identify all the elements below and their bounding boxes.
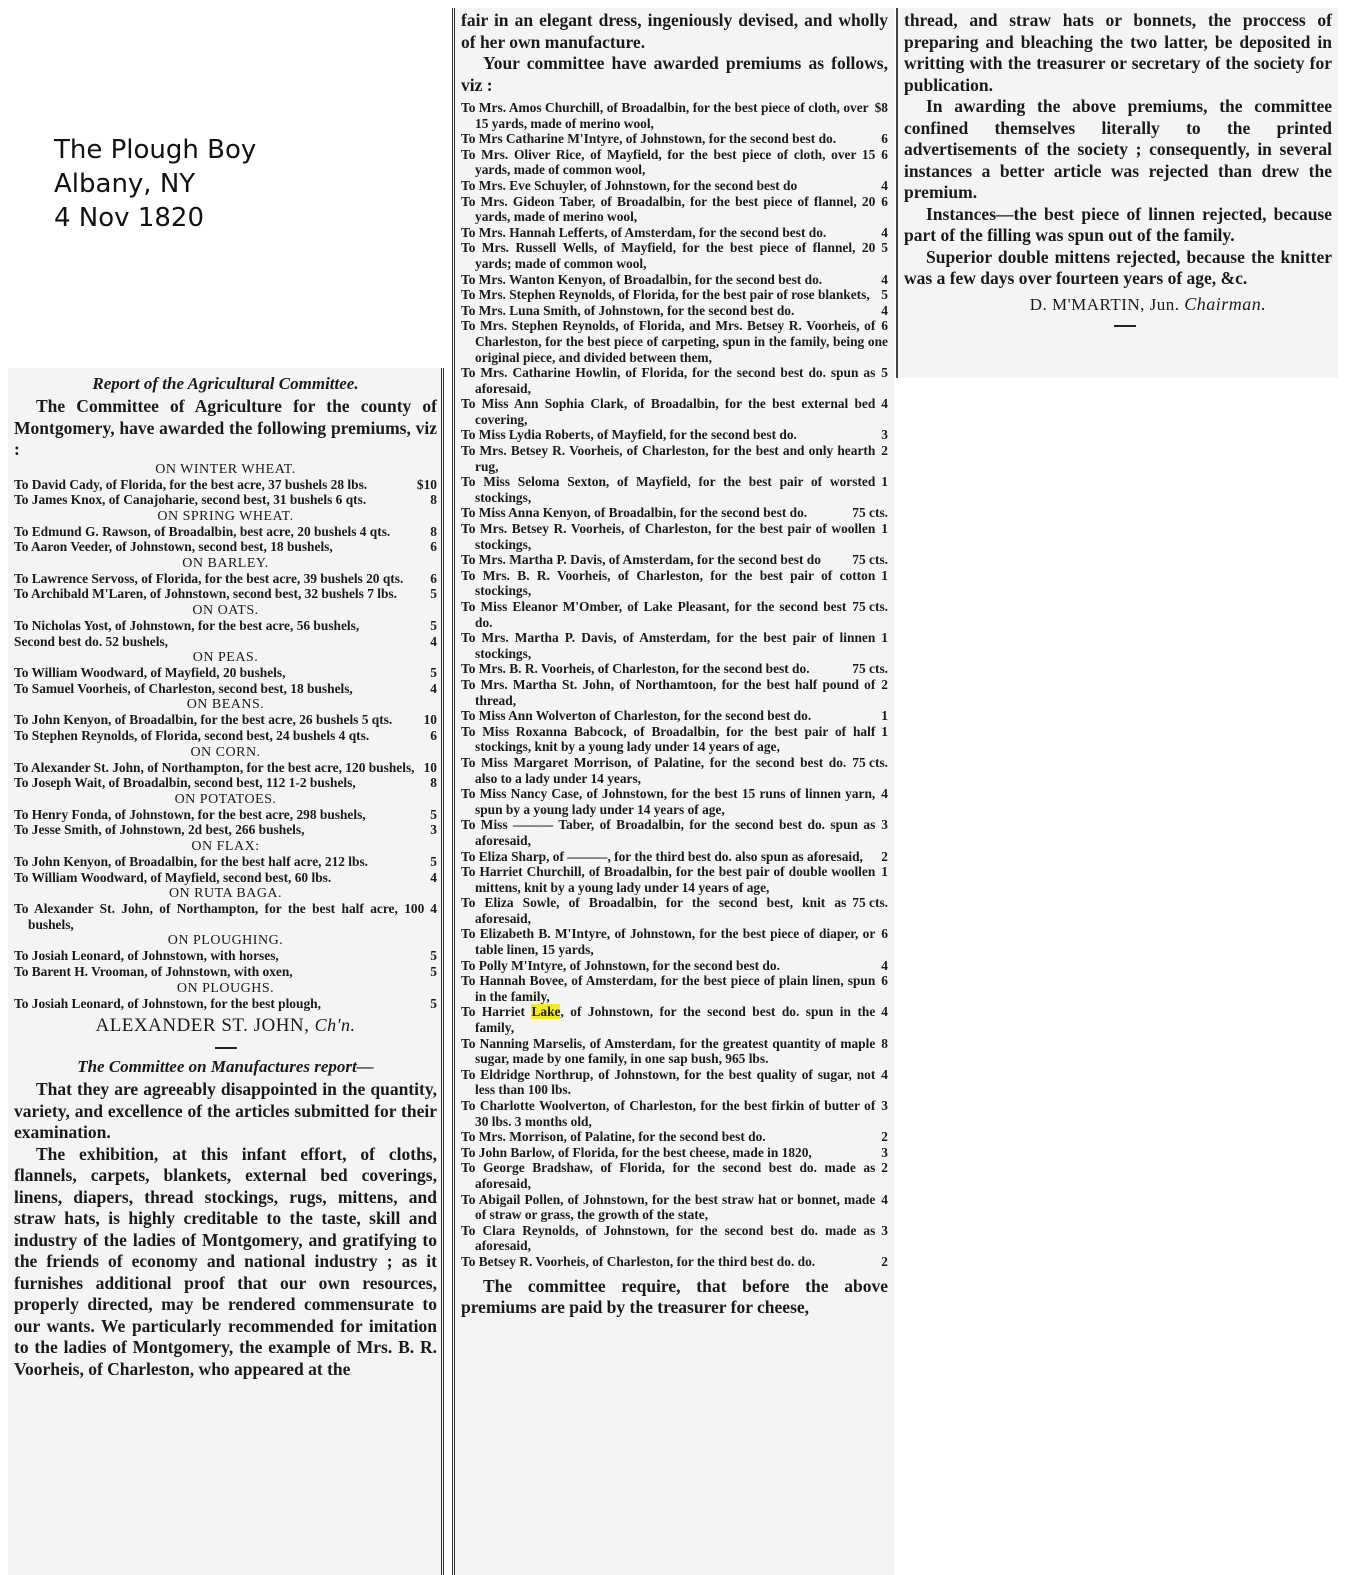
agricultural-heading: Report of the Agricultural Committee. (14, 374, 437, 394)
premium-amount: 5 (424, 807, 437, 823)
premium-amount: 2 (875, 1160, 888, 1176)
premium-amount: 3 (875, 1145, 888, 1161)
premium-entry: 6To Mrs. Gideon Taber, of Broadalbin, fo… (461, 194, 888, 225)
crop-section-title: ON BEANS. (14, 697, 437, 712)
premium-text: To John Kenyon, of Broadalbin, for the b… (14, 712, 392, 727)
premium-entry: 75 cts.To Mrs. Martha P. Davis, of Amste… (461, 552, 888, 568)
premium-entry: 5To Nicholas Yost, of Johnstown, for the… (14, 618, 437, 634)
premium-text: To Miss Nancy Case, of Johnstown, for th… (461, 786, 875, 817)
caption-place: Albany, NY (54, 167, 256, 201)
premium-text: To Mrs. Eve Schuyler, of Johnstown, for … (461, 178, 797, 193)
premium-text: To Mrs. Oliver Rice, of Mayfield, for th… (461, 147, 875, 178)
premium-amount: 4 (424, 870, 437, 886)
premium-amount: 2 (875, 849, 888, 865)
premium-amount: 75 cts. (846, 661, 888, 677)
premium-amount: 1 (875, 864, 888, 880)
premium-entry: 3To Clara Reynolds, of Johnstown, for th… (461, 1223, 888, 1254)
premium-text: To Miss Seloma Sexton, of Mayfield, for … (461, 474, 875, 505)
crop-section-title: ON SPRING WHEAT. (14, 509, 437, 524)
premium-text: To Mrs. B. R. Voorheis, of Charleston, f… (461, 568, 875, 599)
premium-entry: 6To Elizabeth B. M'Intyre, of Johnstown,… (461, 926, 888, 957)
premium-amount: 2 (875, 443, 888, 459)
premium-entry: 8To Joseph Wait, of Broadalbin, second b… (14, 775, 437, 791)
manufactures-para-4-continued: thread, and straw hats or bonnets, the p… (904, 10, 1332, 96)
premium-text: To Eliza Sharp, of ———, for the third be… (461, 849, 863, 864)
premium-text: To Mrs. Martha P. Davis, of Amsterdam, f… (461, 552, 821, 567)
premium-text: To Nicholas Yost, of Johnstown, for the … (14, 618, 359, 633)
premium-entry: 10To Alexander St. John, of Northampton,… (14, 760, 437, 776)
premium-amount: $8 (869, 100, 888, 116)
premium-text: To Mrs. Betsey R. Voorheis, of Charlesto… (461, 443, 875, 474)
manufactures-para-2-continued: fair in an elegant dress, ingeniously de… (461, 10, 888, 53)
premium-text: To Archibald M'Laren, of Johnstown, seco… (14, 586, 397, 601)
premium-entry: 10To John Kenyon, of Broadalbin, for the… (14, 712, 437, 728)
premium-text: To Josiah Leonard, of Johnstown, for the… (14, 996, 321, 1011)
premium-amount: 10 (418, 760, 437, 776)
premium-amount: 4 (875, 225, 888, 241)
source-caption: The Plough Boy Albany, NY 4 Nov 1820 (54, 133, 256, 235)
premium-text: To Joseph Wait, of Broadalbin, second be… (14, 775, 356, 790)
premium-amount: 3 (875, 817, 888, 833)
premium-entry: 6To Mrs. Oliver Rice, of Mayfield, for t… (461, 147, 888, 178)
premium-text: To Clara Reynolds, of Johnstown, for the… (461, 1223, 875, 1254)
premium-text: To Miss Margaret Morrison, of Palatine, … (461, 755, 846, 786)
premium-entry: 75 cts.To Eliza Sowle, of Broadalbin, fo… (461, 895, 888, 926)
premium-amount: 5 (424, 618, 437, 634)
crop-section-title: ON CORN. (14, 745, 437, 760)
column-left: Report of the Agricultural Committee. Th… (8, 368, 444, 1575)
premium-entry: 1To Harriet Churchill, of Broadalbin, fo… (461, 864, 888, 895)
premium-amount: 6 (875, 973, 888, 989)
premium-amount: 6 (875, 318, 888, 334)
premium-entry: 4To Mrs. Luna Smith, of Johnstown, for t… (461, 303, 888, 319)
premium-text: To Mrs. B. R. Voorheis, of Charleston, f… (461, 661, 810, 676)
premium-amount: 4 (875, 1004, 888, 1020)
premium-amount: 1 (875, 708, 888, 724)
premium-amount: 2 (875, 1129, 888, 1145)
premium-amount: 75 cts. (846, 895, 888, 911)
premium-entry: 2To Betsey R. Voorheis, of Charleston, f… (461, 1254, 888, 1270)
premium-amount: 4 (424, 681, 437, 697)
premium-amount: 5 (424, 665, 437, 681)
premium-text: To Barent H. Vrooman, of Johnstown, with… (14, 964, 293, 979)
premium-text: To Mrs. Martha P. Davis, of Amsterdam, f… (461, 630, 875, 661)
premium-amount: 1 (875, 521, 888, 537)
premium-text: To William Woodward, of Mayfield, 20 bus… (14, 665, 285, 680)
premium-text: To Miss Anna Kenyon, of Broadalbin, for … (461, 505, 807, 520)
premium-entry: 5To Henry Fonda, of Johnstown, for the b… (14, 807, 437, 823)
premium-amount: 4 (875, 272, 888, 288)
premium-amount: 4 (875, 1192, 888, 1208)
premium-text: To Eldridge Northrup, of Johnstown, for … (461, 1067, 875, 1098)
premium-amount: 5 (424, 948, 437, 964)
premium-entry: 6To Lawrence Servoss, of Florida, for th… (14, 571, 437, 587)
premium-text: To Polly M'Intyre, of Johnstown, for the… (461, 958, 780, 973)
premium-text: To David Cady, of Florida, for the best … (14, 477, 367, 492)
premium-amount: 6 (875, 926, 888, 942)
crop-section-title: ON OATS. (14, 603, 437, 618)
premium-entry: 5To Josiah Leonard, of Johnstown, with h… (14, 948, 437, 964)
premium-entry: 4To Miss Nancy Case, of Johnstown, for t… (461, 786, 888, 817)
premium-text: To Stephen Reynolds, of Florida, second … (14, 728, 369, 743)
premium-entry: 5To William Woodward, of Mayfield, 20 bu… (14, 665, 437, 681)
premium-amount: 3 (875, 1223, 888, 1239)
premium-amount: 5 (875, 365, 888, 381)
premium-text: To Mrs. Amos Churchill, of Broadalbin, f… (461, 100, 869, 131)
premium-entry: 2To Eliza Sharp, of ———, for the third b… (461, 849, 888, 865)
premium-amount: 6 (424, 539, 437, 555)
premium-entry: 75 cts.To Mrs. B. R. Voorheis, of Charle… (461, 661, 888, 677)
premium-text: To Miss Lydia Roberts, of Mayfield, for … (461, 427, 797, 442)
manufactures-para-1: That they are agreeably disappointed in … (14, 1079, 437, 1144)
premium-entry: 3To Jesse Smith, of Johnstown, 2d best, … (14, 822, 437, 838)
premium-entry: 4To William Woodward, of Mayfield, secon… (14, 870, 437, 886)
premium-text: To Mrs. Catharine Howlin, of Florida, fo… (461, 365, 875, 396)
crop-section-title: ON PLOUGHS. (14, 981, 437, 996)
premium-amount: 4 (424, 901, 437, 917)
premium-text: Second best do. 52 bushels, (14, 634, 168, 649)
premium-entry: 8To James Knox, of Canajoharie, second b… (14, 492, 437, 508)
crop-section-title: ON FLAX: (14, 839, 437, 854)
signature-title: Chairman. (1184, 294, 1266, 314)
premium-amount: 6 (875, 194, 888, 210)
divider-rule (215, 1047, 237, 1049)
premium-amount: 5 (424, 996, 437, 1012)
premium-text: To Alexander St. John, of Northampton, f… (14, 901, 424, 932)
manufactures-para-6: Instances—the best piece of linnen rejec… (904, 204, 1332, 247)
premium-entry: $8To Mrs. Amos Churchill, of Broadalbin,… (461, 100, 888, 131)
premium-entry: 4To Mrs. Hannah Lefferts, of Amsterdam, … (461, 225, 888, 241)
premium-text: To Eliza Sowle, of Broadalbin, for the s… (461, 895, 846, 926)
manufactures-heading: The Committee on Manufactures report— (14, 1057, 437, 1077)
premium-entry: 5To John Kenyon, of Broadalbin, for the … (14, 854, 437, 870)
premium-entry: 1To Mrs. Betsey R. Voorheis, of Charlest… (461, 521, 888, 552)
premium-amount: 5 (424, 964, 437, 980)
premium-amount: 8 (424, 524, 437, 540)
premium-amount: 8 (424, 775, 437, 791)
premium-text: To Mrs. Stephen Reynolds, of Florida, fo… (461, 287, 870, 302)
premium-entry: 4To Miss Ann Sophia Clark, of Broadalbin… (461, 396, 888, 427)
premium-entry: 75 cts.To Miss Margaret Morrison, of Pal… (461, 755, 888, 786)
premium-entry: 1To Mrs. Martha P. Davis, of Amsterdam, … (461, 630, 888, 661)
premium-entry: 1To Miss Roxanna Babcock, of Broadalbin,… (461, 724, 888, 755)
premium-text: To Jesse Smith, of Johnstown, 2d best, 2… (14, 822, 304, 837)
premium-entry: 1To Miss Ann Wolverton of Charleston, fo… (461, 708, 888, 724)
premium-entry: 2To George Bradshaw, of Florida, for the… (461, 1160, 888, 1191)
premium-amount: 1 (875, 474, 888, 490)
manufactures-para-5: In awarding the above premiums, the comm… (904, 96, 1332, 204)
premium-text: To Elizabeth B. M'Intyre, of Johnstown, … (461, 926, 875, 957)
premium-amount: 5 (424, 854, 437, 870)
premium-entry: 75 cts.To Miss Anna Kenyon, of Broadalbi… (461, 505, 888, 521)
premium-text: To Mrs Catharine M'Intyre, of Johnstown,… (461, 131, 836, 146)
premium-entry: 4To Eldridge Northrup, of Johnstown, for… (461, 1067, 888, 1098)
premium-amount: 5 (424, 586, 437, 602)
premium-amount: 4 (875, 958, 888, 974)
crop-section-title: ON BARLEY. (14, 556, 437, 571)
signature-name: ALEXANDER ST. JOHN, (95, 1015, 309, 1036)
premium-amount: 1 (875, 568, 888, 584)
premium-entry: 3To John Barlow, of Florida, for the bes… (461, 1145, 888, 1161)
premium-text: To Lawrence Servoss, of Florida, for the… (14, 571, 403, 586)
premium-text: To William Woodward, of Mayfield, second… (14, 870, 331, 885)
premium-amount: 6 (875, 147, 888, 163)
agricultural-intro: The Committee of Agriculture for the cou… (14, 396, 437, 461)
premium-amount: 1 (875, 724, 888, 740)
premium-entry: 3To Charlotte Woolverton, of Charleston,… (461, 1098, 888, 1129)
premium-entry: 75 cts.To Miss Eleanor M'Omber, of Lake … (461, 599, 888, 630)
column-right: thread, and straw hats or bonnets, the p… (896, 8, 1338, 378)
premium-text: To Henry Fonda, of Johnstown, for the be… (14, 807, 366, 822)
premium-text: To Nanning Marselis, of Amsterdam, for t… (461, 1036, 875, 1067)
premium-amount: 4 (875, 303, 888, 319)
premium-entry: 4To Abigail Pollen, of Johnstown, for th… (461, 1192, 888, 1223)
premium-entry: 5To Archibald M'Laren, of Johnstown, sec… (14, 586, 437, 602)
premium-entry: 4Second best do. 52 bushels, (14, 634, 437, 650)
premium-amount: 8 (875, 1036, 888, 1052)
premium-amount: 5 (875, 240, 888, 256)
premium-text: To John Barlow, of Florida, for the best… (461, 1145, 812, 1160)
premium-text: To Mrs. Wanton Kenyon, of Broadalbin, fo… (461, 272, 822, 287)
crop-section-title: ON RUTA BAGA. (14, 886, 437, 901)
premium-entry: 5To Mrs. Stephen Reynolds, of Florida, f… (461, 287, 888, 303)
premium-text: To Edmund G. Rawson, of Broadalbin, best… (14, 524, 390, 539)
premium-amount: 75 cts. (846, 552, 888, 568)
manufactures-para-7: Superior double mittens rejected, becaus… (904, 247, 1332, 290)
premium-text: To Miss Eleanor M'Omber, of Lake Pleasan… (461, 599, 846, 630)
premium-text: To James Knox, of Canajoharie, second be… (14, 492, 366, 507)
premium-entry: 6To Stephen Reynolds, of Florida, second… (14, 728, 437, 744)
premium-text: To Josiah Leonard, of Johnstown, with ho… (14, 948, 279, 963)
agricultural-signature: ALEXANDER ST. JOHN, Ch'n. (14, 1015, 437, 1037)
premium-amount: 3 (424, 822, 437, 838)
crop-section-title: ON PLOUGHING. (14, 933, 437, 948)
premium-text: To Mrs. Betsey R. Voorheis, of Charlesto… (461, 521, 875, 552)
premium-text: To Miss Roxanna Babcock, of Broadalbin, … (461, 724, 875, 755)
premium-amount: 75 cts. (846, 505, 888, 521)
premium-text: To Aaron Veeder, of Johnstown, second be… (14, 539, 333, 554)
premium-amount: 75 cts. (846, 755, 888, 771)
premium-text: To Alexander St. John, of Northampton, f… (14, 760, 415, 775)
premium-text: To Samuel Voorheis, of Charleston, secon… (14, 681, 353, 696)
search-highlight: Lake (531, 1004, 560, 1019)
caption-date: 4 Nov 1820 (54, 201, 256, 235)
column-middle: fair in an elegant dress, ingeniously de… (452, 8, 894, 1575)
premium-entry: 5To Mrs. Russell Wells, of Mayfield, for… (461, 240, 888, 271)
manufactures-para-4: The committee require, that before the a… (461, 1276, 888, 1319)
premium-entry: 3To Miss ——— Taber, of Broadalbin, for t… (461, 817, 888, 848)
agricultural-premium-list: ON WINTER WHEAT.$10To David Cady, of Flo… (14, 462, 437, 1012)
premium-entry: 3To Miss Lydia Roberts, of Mayfield, for… (461, 427, 888, 443)
premium-amount: 1 (875, 630, 888, 646)
manufactures-para-3: Your committee have awarded premiums as … (461, 53, 888, 96)
premium-amount: 4 (424, 634, 437, 650)
premium-entry: 6To Mrs Catharine M'Intyre, of Johnstown… (461, 131, 888, 147)
premium-amount: 3 (875, 1098, 888, 1114)
premium-entry: 4To Alexander St. John, of Northampton, … (14, 901, 437, 932)
premium-text: To George Bradshaw, of Florida, for the … (461, 1160, 875, 1191)
premium-text: To Mrs. Russell Wells, of Mayfield, for … (461, 240, 875, 271)
premium-entry-highlighted: 4 To Harriet Lake, of Johnstown, for the… (461, 1004, 888, 1035)
premium-amount: 5 (875, 287, 888, 303)
premium-text: To Miss Ann Wolverton of Charleston, for… (461, 708, 811, 723)
manufactures-para-2: The exhibition, at this infant effort, o… (14, 1144, 437, 1381)
premium-text: To Miss Ann Sophia Clark, of Broadalbin,… (461, 396, 875, 427)
premium-text: To John Kenyon, of Broadalbin, for the b… (14, 854, 368, 869)
premium-amount: 4 (875, 1067, 888, 1083)
premium-entry: 2To Mrs. Betsey R. Voorheis, of Charlest… (461, 443, 888, 474)
premium-text: To Mrs. Stephen Reynolds, of Florida, an… (461, 318, 888, 364)
premium-entry: 4To Polly M'Intyre, of Johnstown, for th… (461, 958, 888, 974)
premium-entry: 5To Mrs. Catharine Howlin, of Florida, f… (461, 365, 888, 396)
crop-section-title: ON PEAS. (14, 650, 437, 665)
premium-entry: 6To Hannah Bovee, of Amsterdam, for the … (461, 973, 888, 1004)
premium-text: To Mrs. Martha St. John, of Northamtoon,… (461, 677, 875, 708)
manufactures-premium-list-continued: 8To Nanning Marselis, of Amsterdam, for … (461, 1036, 888, 1270)
divider-rule (1114, 325, 1136, 327)
premium-amount: 2 (875, 677, 888, 693)
premium-entry: 6To Mrs. Stephen Reynolds, of Florida, a… (461, 318, 888, 365)
premium-entry: $10To David Cady, of Florida, for the be… (14, 477, 437, 493)
premium-entry: 2To Mrs. Martha St. John, of Northamtoon… (461, 677, 888, 708)
premium-entry: 8To Edmund G. Rawson, of Broadalbin, bes… (14, 524, 437, 540)
premium-amount: 6 (424, 571, 437, 587)
premium-text: To Charlotte Woolverton, of Charleston, … (461, 1098, 875, 1129)
premium-entry: 8To Nanning Marselis, of Amsterdam, for … (461, 1036, 888, 1067)
premium-amount: 3 (875, 427, 888, 443)
premium-entry: 4To Samuel Voorheis, of Charleston, seco… (14, 681, 437, 697)
premium-text: To Betsey R. Voorheis, of Charleston, fo… (461, 1254, 815, 1269)
premium-amount: $10 (411, 477, 437, 493)
premium-text: To Mrs. Morrison, of Palatine, for the s… (461, 1129, 766, 1144)
premium-entry: 6To Aaron Veeder, of Johnstown, second b… (14, 539, 437, 555)
premium-amount: 4 (875, 786, 888, 802)
premium-text: To Mrs. Luna Smith, of Johnstown, for th… (461, 303, 794, 318)
premium-entry: 5To Josiah Leonard, of Johnstown, for th… (14, 996, 437, 1012)
premium-entry: 5To Barent H. Vrooman, of Johnstown, wit… (14, 964, 437, 980)
premium-entry: 4To Mrs. Wanton Kenyon, of Broadalbin, f… (461, 272, 888, 288)
premium-amount: 6 (424, 728, 437, 744)
manufactures-signature: D. M'MARTIN, Jun. Chairman. (964, 294, 1332, 315)
premium-entry: 1To Mrs. B. R. Voorheis, of Charleston, … (461, 568, 888, 599)
premium-text: To Hannah Bovee, of Amsterdam, for the b… (461, 973, 875, 1004)
premium-amount: 2 (875, 1254, 888, 1270)
premium-entry: 2To Mrs. Morrison, of Palatine, for the … (461, 1129, 888, 1145)
signature-title: Ch'n. (315, 1015, 356, 1035)
premium-amount: 4 (875, 396, 888, 412)
premium-entry: 1To Miss Seloma Sexton, of Mayfield, for… (461, 474, 888, 505)
premium-amount: 75 cts. (846, 599, 888, 615)
premium-entry: 4To Mrs. Eve Schuyler, of Johnstown, for… (461, 178, 888, 194)
signature-name: D. M'MARTIN, Jun. (1030, 295, 1180, 314)
premium-text: To Abigail Pollen, of Johnstown, for the… (461, 1192, 875, 1223)
premium-amount: 8 (424, 492, 437, 508)
crop-section-title: ON POTATOES. (14, 792, 437, 807)
premium-text: To Harriet Churchill, of Broadalbin, for… (461, 864, 875, 895)
premium-text: To Mrs. Hannah Lefferts, of Amsterdam, f… (461, 225, 826, 240)
crop-section-title: ON WINTER WHEAT. (14, 462, 437, 477)
premium-amount: 6 (875, 131, 888, 147)
manufactures-premium-list: $8To Mrs. Amos Churchill, of Broadalbin,… (461, 100, 888, 1004)
premium-text: To Mrs. Gideon Taber, of Broadalbin, for… (461, 194, 875, 225)
premium-text: To Miss ——— Taber, of Broadalbin, for th… (461, 817, 875, 848)
caption-publication: The Plough Boy (54, 133, 256, 167)
premium-amount: 4 (875, 178, 888, 194)
premium-amount: 10 (418, 712, 437, 728)
